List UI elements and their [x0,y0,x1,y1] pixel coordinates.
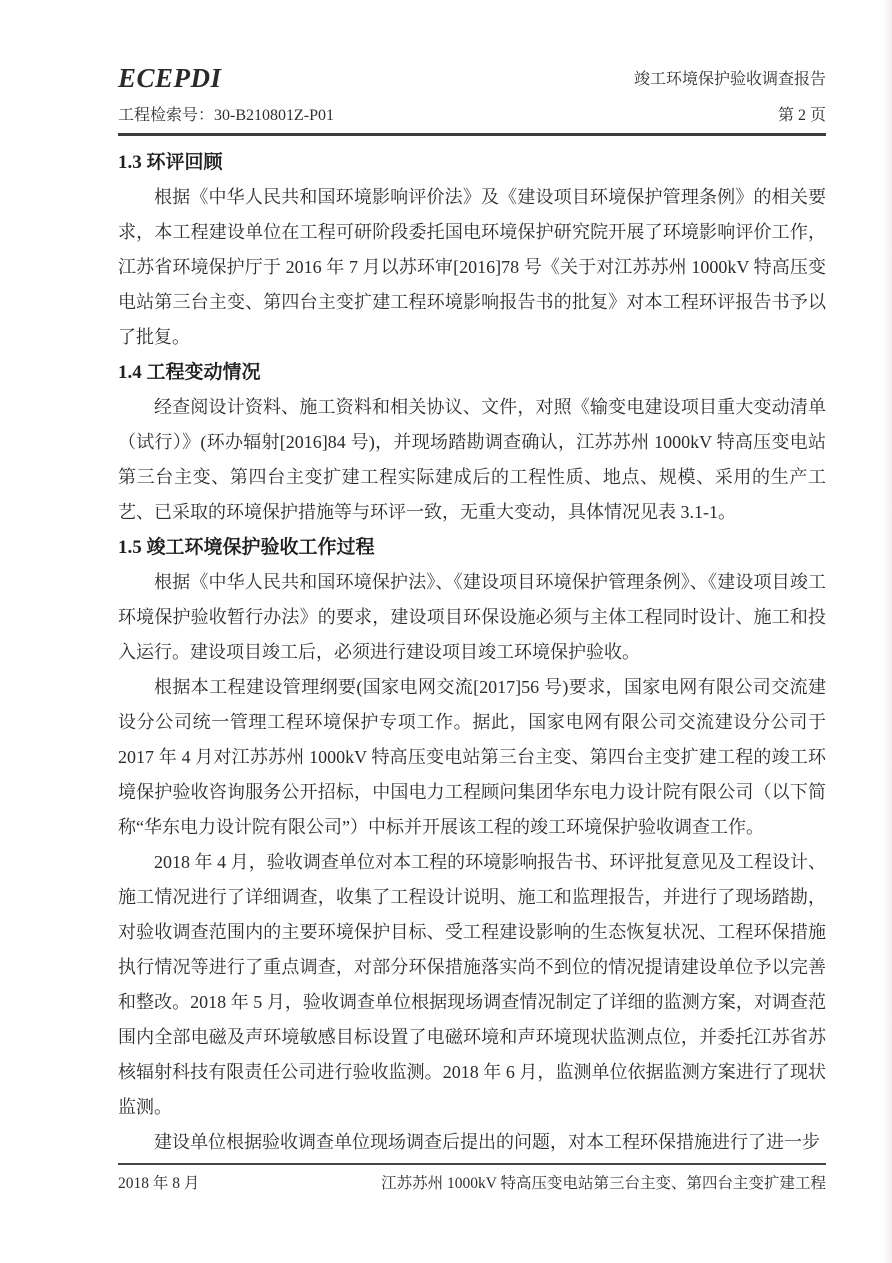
section-heading-1-3: 1.3 环评回顾 [118,145,826,180]
header-meta-row: 工程检索号：30-B210801Z-P01 第 2 页 [118,106,826,126]
footer-meta-row: 2018 年 8 月 江苏苏州 1000kV 特高压变电站第三台主变、第四台主变… [118,1174,826,1194]
paragraph: 2018 年 4 月，验收调查单位对本工程的环境影响报告书、环评批复意见及工程设… [118,845,826,1125]
footer-divider [118,1163,826,1165]
paragraph: 经查阅设计资料、施工资料和相关协议、文件，对照《输变电建设项目重大变动清单（试行… [118,390,826,530]
project-index-number: 工程检索号：30-B210801Z-P01 [118,106,334,126]
company-logo: ECEPDI [118,63,222,93]
page-footer: 2018 年 8 月 江苏苏州 1000kV 特高压变电站第三台主变、第四台主变… [118,1163,826,1194]
paragraph: 建设单位根据验收调查单位现场调查后提出的问题，对本工程环保措施进行了进一步 [118,1125,826,1160]
paragraph: 根据《中华人民共和国环境影响评价法》及《建设项目环境保护管理条例》的相关要求，本… [118,180,826,355]
section-heading-1-4: 1.4 工程变动情况 [118,355,826,390]
document-body: 1.3 环评回顾 根据《中华人民共和国环境影响评价法》及《建设项目环境保护管理条… [118,145,826,1160]
paragraph: 根据《中华人民共和国环境保护法》、《建设项目环境保护管理条例》、《建设项目竣工环… [118,565,826,670]
page-number: 第 2 页 [778,106,826,126]
page-header: ECEPDI 竣工环境保护验收调查报告 [118,0,826,93]
report-title: 竣工环境保护验收调查报告 [634,70,826,93]
header-divider [118,133,826,136]
paragraph: 根据本工程建设管理纲要(国家电网交流[2017]56 号)要求，国家电网有限公司… [118,670,826,845]
footer-date: 2018 年 8 月 [118,1174,199,1194]
page-content: ECEPDI 竣工环境保护验收调查报告 工程检索号：30-B210801Z-P0… [118,0,826,1160]
footer-project-name: 江苏苏州 1000kV 特高压变电站第三台主变、第四台主变扩建工程 [381,1174,826,1194]
document-page: ECEPDI 竣工环境保护验收调查报告 工程检索号：30-B210801Z-P0… [0,0,892,1263]
section-heading-1-5: 1.5 竣工环境保护验收工作过程 [118,530,826,565]
